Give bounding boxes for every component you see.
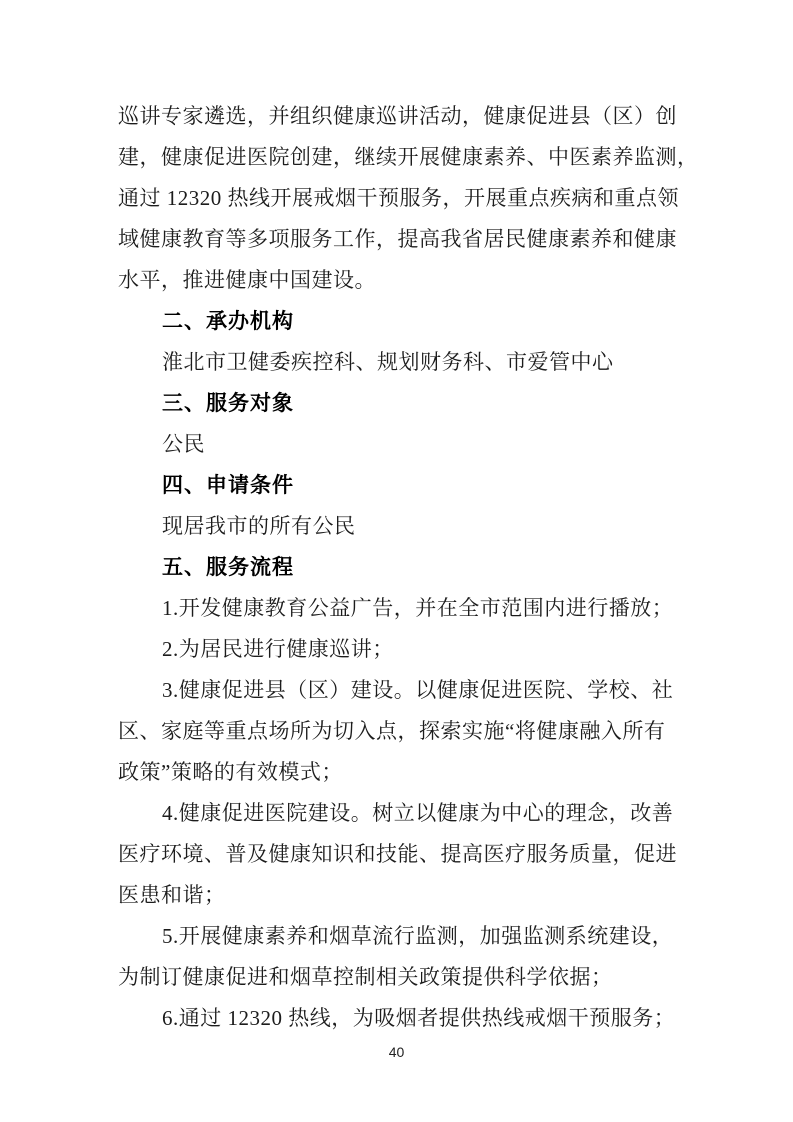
text-line: 现居我市的所有公民 [118,506,678,547]
text-line: 巡讲专家遴选，并组织健康巡讲活动，健康促进县（区）创 [118,96,678,137]
text-line: 淮北市卫健委疾控科、规划财务科、市爱管中心 [118,342,678,383]
section-heading: 二、承办机构 [118,301,678,342]
text-line: 为制订健康促进和烟草控制相关政策提供科学依据； [118,957,678,998]
text-line: 区、家庭等重点场所为切入点，探索实施“将健康融入所有 [118,711,678,752]
page-number: 40 [0,1044,793,1060]
text-line: 域健康教育等多项服务工作，提高我省居民健康素养和健康 [118,219,678,260]
section-heading: 四、申请条件 [118,465,678,506]
text-line: 政策”策略的有效模式； [118,752,678,793]
text-line: 3.健康促进县（区）建设。以健康促进医院、学校、社 [118,670,678,711]
text-line: 1.开发健康教育公益广告，并在全市范围内进行播放； [118,588,678,629]
text-line: 公民 [118,424,678,465]
section-heading: 三、服务对象 [118,383,678,424]
text-line: 5.开展健康素养和烟草流行监测，加强监测系统建设， [118,916,678,957]
text-line: 水平，推进健康中国建设。 [118,260,678,301]
text-line: 2.为居民进行健康巡讲； [118,629,678,670]
text-line: 6.通过 12320 热线，为吸烟者提供热线戒烟干预服务； [118,998,678,1039]
text-line: 医患和谐； [118,875,678,916]
document-page: 巡讲专家遴选，并组织健康巡讲活动，健康促进县（区）创建，健康促进医院创建，继续开… [0,0,793,1122]
text-line: 医疗环境、普及健康知识和技能、提高医疗服务质量，促进 [118,834,678,875]
document-body: 巡讲专家遴选，并组织健康巡讲活动，健康促进县（区）创建，健康促进医院创建，继续开… [118,96,678,1039]
text-line: 建，健康促进医院创建，继续开展健康素养、中医素养监测， [118,137,678,178]
section-heading: 五、服务流程 [118,547,678,588]
text-line: 4.健康促进医院建设。树立以健康为中心的理念，改善 [118,793,678,834]
text-line: 通过 12320 热线开展戒烟干预服务，开展重点疾病和重点领 [118,178,678,219]
